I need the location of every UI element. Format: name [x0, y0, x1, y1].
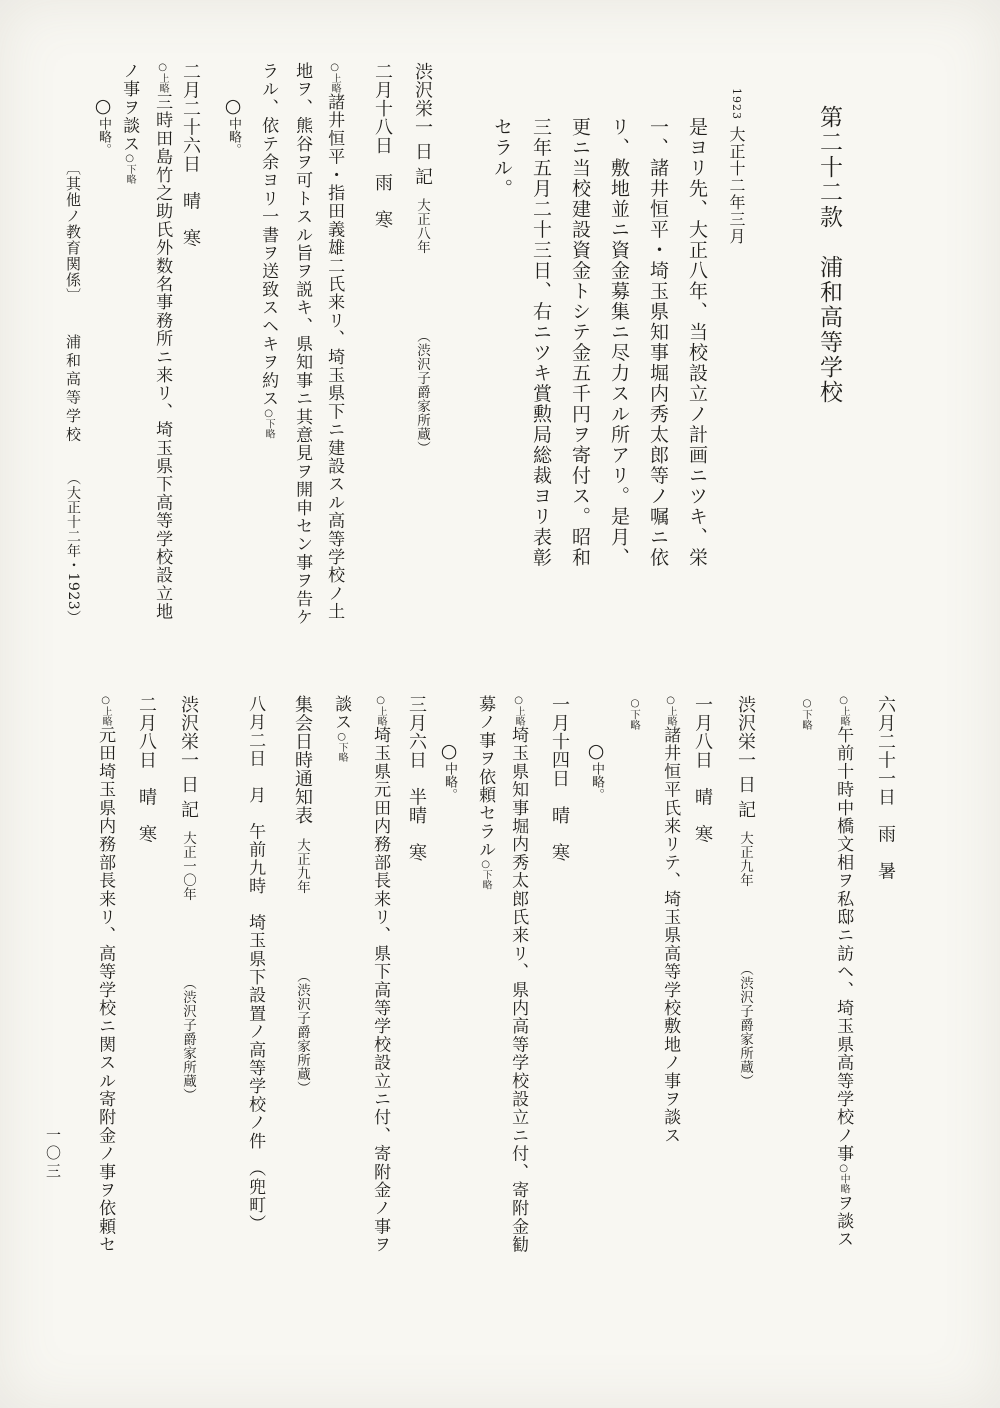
intro-line: 是ヨリ先、大正八年、当校設立ノ計画ニツキ、栄: [678, 117, 716, 568]
omission-circle: ○: [92, 95, 114, 117]
omission-circle: ○: [438, 740, 460, 762]
omission-note-joryaku: ○上略: [100, 695, 111, 726]
quote-text: 三時田島竹之助氏外数名事務所ニ来リ、埼玉県下高等学校設立地: [152, 93, 172, 621]
source-holder: （渋沢子爵家所蔵）: [414, 329, 430, 455]
intro-line: 一、諸井恒平・埼玉県知事堀内秀太郎等ノ嘱ニ依: [639, 117, 677, 568]
omission-note-joryaku: ○上略: [838, 695, 849, 726]
source-year: 大正九年: [294, 838, 310, 894]
diary-quote-line: ラル、依テ余ヨリ一書ヲ送致スヘキヲ約ス○下略: [251, 62, 284, 439]
omission-note-geryaku: ○下略: [480, 859, 491, 890]
year-era: 大正十二年三月: [727, 126, 746, 245]
omission-line-geryaku: ○下略: [624, 697, 645, 730]
diary-quote-line: 募ノ事ヲ依頼セラル○下略: [468, 695, 501, 890]
quote-text: 午前十時中橋文相ヲ私邸ニ訪ヘ、埼玉県高等学校ノ事: [833, 726, 853, 1163]
diary-quote-line: ○上略諸井恒平・指田義雄二氏来リ、埼玉県下ニ建設スル高等学校ノ土: [317, 62, 350, 621]
source-title: 渋沢栄一 日 記: [735, 695, 756, 818]
omission-note-geryaku: ○下略: [263, 408, 274, 439]
diary-quote-line: ○上略午前十時中橋文相ヲ私邸ニ訪ヘ、埼玉県高等学校ノ事○中略ヲ談ス: [826, 695, 859, 1248]
quote-text: ノ事ヲ談ス: [119, 62, 139, 153]
source-year: 大正八年: [414, 198, 430, 254]
diary-source-line: 渋沢栄一 日 記大正一〇年（渋沢子爵家所蔵）: [170, 695, 206, 1102]
omission-label: 中略。: [226, 117, 241, 156]
scanned-book-page: 第二十二款 浦和高等学校 1923大正十二年三月 是ヨリ先、大正八年、当校設立ノ…: [0, 0, 1000, 1408]
diary-quote-line: 地ヲ、熊谷ヲ可トスル旨ヲ説キ、県知事ニ其意見ヲ開申セン事ヲ告ケ: [285, 62, 318, 626]
omission-line-churyaku: ○中略。: [430, 740, 468, 801]
section-heading: 第二十二款 浦和高等学校: [806, 105, 852, 405]
omission-circle: ○: [585, 740, 607, 762]
intro-line: セラル。: [483, 117, 521, 199]
diary-date-line: 二月十八日 雨 寒: [364, 62, 400, 229]
omission-circle: ○: [222, 95, 244, 117]
source-title: 渋沢栄一 日 記: [412, 62, 433, 185]
quote-text: 募ノ事ヲ依頼セラル: [475, 695, 495, 859]
omission-label: 中略。: [96, 117, 111, 156]
omission-line-geryaku: ○下略: [796, 697, 817, 730]
quote-text: ヲ談ス: [833, 1194, 853, 1249]
diary-quote-line: ○上略埼玉県知事堀内秀太郎氏来リ、県内高等学校設立ニ付、寄附金勧: [501, 695, 534, 1254]
category-footer: 〔其他ノ教育関係〕浦和高等学校（大正十二年・1923）: [58, 160, 88, 625]
omission-line-churyaku: ○中略。: [84, 95, 122, 156]
omission-note-geryaku: ○下略: [124, 153, 135, 184]
category-year: （大正十二年・1923）: [65, 471, 81, 625]
source-title: 渋沢栄一 日 記: [178, 695, 199, 818]
source-holder: （渋沢子爵家所蔵）: [180, 976, 196, 1102]
omission-label: 中略。: [442, 762, 457, 801]
intro-line: 更ニ当校建設資金トシテ金五千円ヲ寄付ス。昭和: [561, 117, 599, 568]
page-number: 一〇三: [38, 1127, 68, 1181]
diary-quote-line: ○上略三時田島竹之助氏外数名事務所ニ来リ、埼玉県下高等学校設立地: [145, 62, 178, 621]
quote-text: 埼玉県知事堀内秀太郎氏来リ、県内高等学校設立ニ付、寄附金勧: [508, 726, 528, 1254]
diary-source-line: 渋沢栄一 日 記大正八年（渋沢子爵家所蔵）: [404, 62, 440, 455]
diary-date-line: 三月六日 半晴 寒: [398, 695, 434, 862]
intro-line: 三年五月二十三日、右ニツキ賞勲局総裁ヨリ表彰: [522, 117, 560, 568]
omission-note-geryaku: ○下略: [336, 731, 347, 762]
source-year: 大正一〇年: [180, 831, 196, 901]
source-holder: （渋沢子爵家所蔵）: [737, 962, 753, 1088]
quote-text: 諸井恒平・指田義雄二氏来リ、埼玉県下ニ建設スル高等学校ノ土: [324, 93, 344, 621]
omission-line-churyaku: ○中略。: [577, 740, 615, 801]
omission-note-churyaku: ○中略: [838, 1163, 849, 1194]
year-western: 1923: [730, 88, 743, 120]
diary-date-line: 二月八日 晴 寒: [128, 695, 164, 843]
source-holder: （渋沢子爵家所蔵）: [294, 969, 310, 1095]
diary-date-line: 一月十四日 晴 寒: [541, 695, 577, 862]
notice-source-line: 集会日時通知表大正九年（渋沢子爵家所蔵）: [284, 695, 320, 1095]
quote-text: 元田埼玉県内務部長来リ、高等学校ニ関スル寄附金ノ事ヲ依頼セ: [95, 726, 115, 1254]
omission-line-churyaku: ○中略。: [214, 95, 252, 156]
omission-note-joryaku: ○上略: [513, 695, 524, 726]
source-year: 大正九年: [737, 831, 753, 887]
intro-line: リ、敷地並ニ資金募集ニ尽力スル所アリ。是月、: [600, 117, 638, 568]
diary-quote-line: ○上略元田埼玉県内務部長来リ、高等学校ニ関スル寄附金ノ事ヲ依頼セ: [88, 695, 121, 1254]
quote-text: ラル、依テ余ヨリ一書ヲ送致スヘキヲ約ス: [258, 62, 278, 408]
diary-quote-line: 談ス○下略: [324, 695, 357, 762]
omission-note-joryaku: ○上略: [157, 62, 168, 93]
source-title: 集会日時通知表: [292, 695, 313, 825]
diary-date-line: 一月八日 晴 寒: [684, 695, 720, 843]
quote-text: 諸井恒平氏来リテ、埼玉県高等学校敷地ノ事ヲ談ス: [660, 726, 680, 1145]
omission-label: 中略。: [589, 762, 604, 801]
category-bracket: 〔其他ノ教育関係〕: [64, 160, 82, 304]
section-date-column: 1923大正十二年三月: [720, 88, 752, 245]
diary-quote-line: ○上略諸井恒平氏来リテ、埼玉県高等学校敷地ノ事ヲ談ス: [653, 695, 686, 1145]
category-school: 浦和高等学校: [64, 334, 82, 445]
diary-quote-line: ○上略埼玉県元田内務部長来リ、県下高等学校設立ニ付、寄附金ノ事ヲ: [363, 695, 396, 1254]
quote-text: 談ス: [331, 695, 351, 731]
omission-note-joryaku: ○上略: [375, 695, 386, 726]
omission-note-joryaku: ○上略: [329, 62, 340, 93]
diary-source-line: 渋沢栄一 日 記大正九年（渋沢子爵家所蔵）: [727, 695, 763, 1088]
quote-text: 埼玉県元田内務部長来リ、県下高等学校設立ニ付、寄附金ノ事ヲ: [370, 726, 390, 1254]
omission-note-joryaku: ○上略: [665, 695, 676, 726]
meeting-notice-line: 八月二日 月 午前九時 埼玉県下設置ノ高等学校ノ件 （兜町）: [238, 695, 271, 1233]
diary-date-line: 六月二十一日 雨 暑: [867, 695, 903, 880]
